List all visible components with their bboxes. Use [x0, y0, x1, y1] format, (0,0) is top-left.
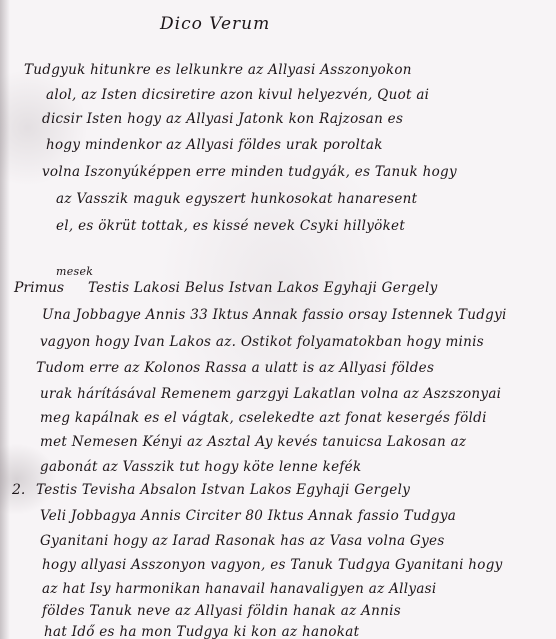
- document-title: Dico Verum: [160, 14, 270, 34]
- text-line: Testis Lakosi Belus Istvan Lakos Egyhaji…: [88, 280, 438, 296]
- text-line: földes Tanuk neve az Allyasi földin hana…: [42, 603, 401, 619]
- text-line: hogy mindenkor az Allyasi földes urak po…: [46, 137, 383, 153]
- text-line: Tudgyuk hitunkre es lelkunkre az Allyasi…: [24, 62, 412, 78]
- text-line: alol, az Isten dicsiretire azon kivul he…: [46, 87, 429, 103]
- text-line: Tudom erre az Kolonos Rassa a ulatt is a…: [36, 360, 434, 376]
- text-line: vagyon hogy Ivan Lakos az. Ostikot folya…: [40, 334, 484, 350]
- text-line: met Nemesen Kényi az Asztal Ay kevés tan…: [40, 434, 466, 450]
- text-line: az hat Isy harmonikan hanavail hanavalig…: [42, 581, 437, 597]
- text-line: Testis Tevisha Absalon Istvan Lakos Egyh…: [36, 482, 410, 498]
- text-line: volna Iszonyúképpen erre minden tudgyák,…: [42, 164, 457, 180]
- text-line: meg kapálnak es el vágtak, cselekedte az…: [40, 410, 487, 426]
- text-line: Gyanitani hogy az Iarad Rasonak has az V…: [40, 533, 445, 549]
- text-line: mesek: [56, 265, 93, 278]
- text-line: gabonát az Vasszik tut hogy köte lenne k…: [40, 459, 361, 475]
- text-line: el, es ökrüt tottak, es kissé nevek Csyk…: [56, 218, 405, 234]
- manuscript-page: Dico Verum Tudgyuk hitunkre es lelkunkre…: [0, 0, 556, 639]
- page-edge-shadow: [0, 0, 10, 639]
- margin-label-secundus: 2.: [12, 482, 25, 498]
- text-line: az Vasszik maguk egyszert hunkosokat han…: [56, 191, 417, 207]
- text-line: Una Jobbagye Annis 33 Iktus Annak fassio…: [42, 307, 507, 323]
- text-line: urak hárításával Remenem garzgyi Lakatla…: [40, 386, 501, 402]
- text-line: dicsir Isten hogy az Allyasi Jatonk kon …: [42, 111, 403, 127]
- text-line: hogy allyasi Asszonyon vagyon, es Tanuk …: [42, 557, 503, 573]
- text-line: hat Idő es ha mon Tudgya ki kon az hanok…: [44, 624, 359, 639]
- margin-label-primus: Primus: [14, 280, 64, 296]
- text-line: Veli Jobbagya Annis Circiter 80 Iktus An…: [40, 508, 456, 524]
